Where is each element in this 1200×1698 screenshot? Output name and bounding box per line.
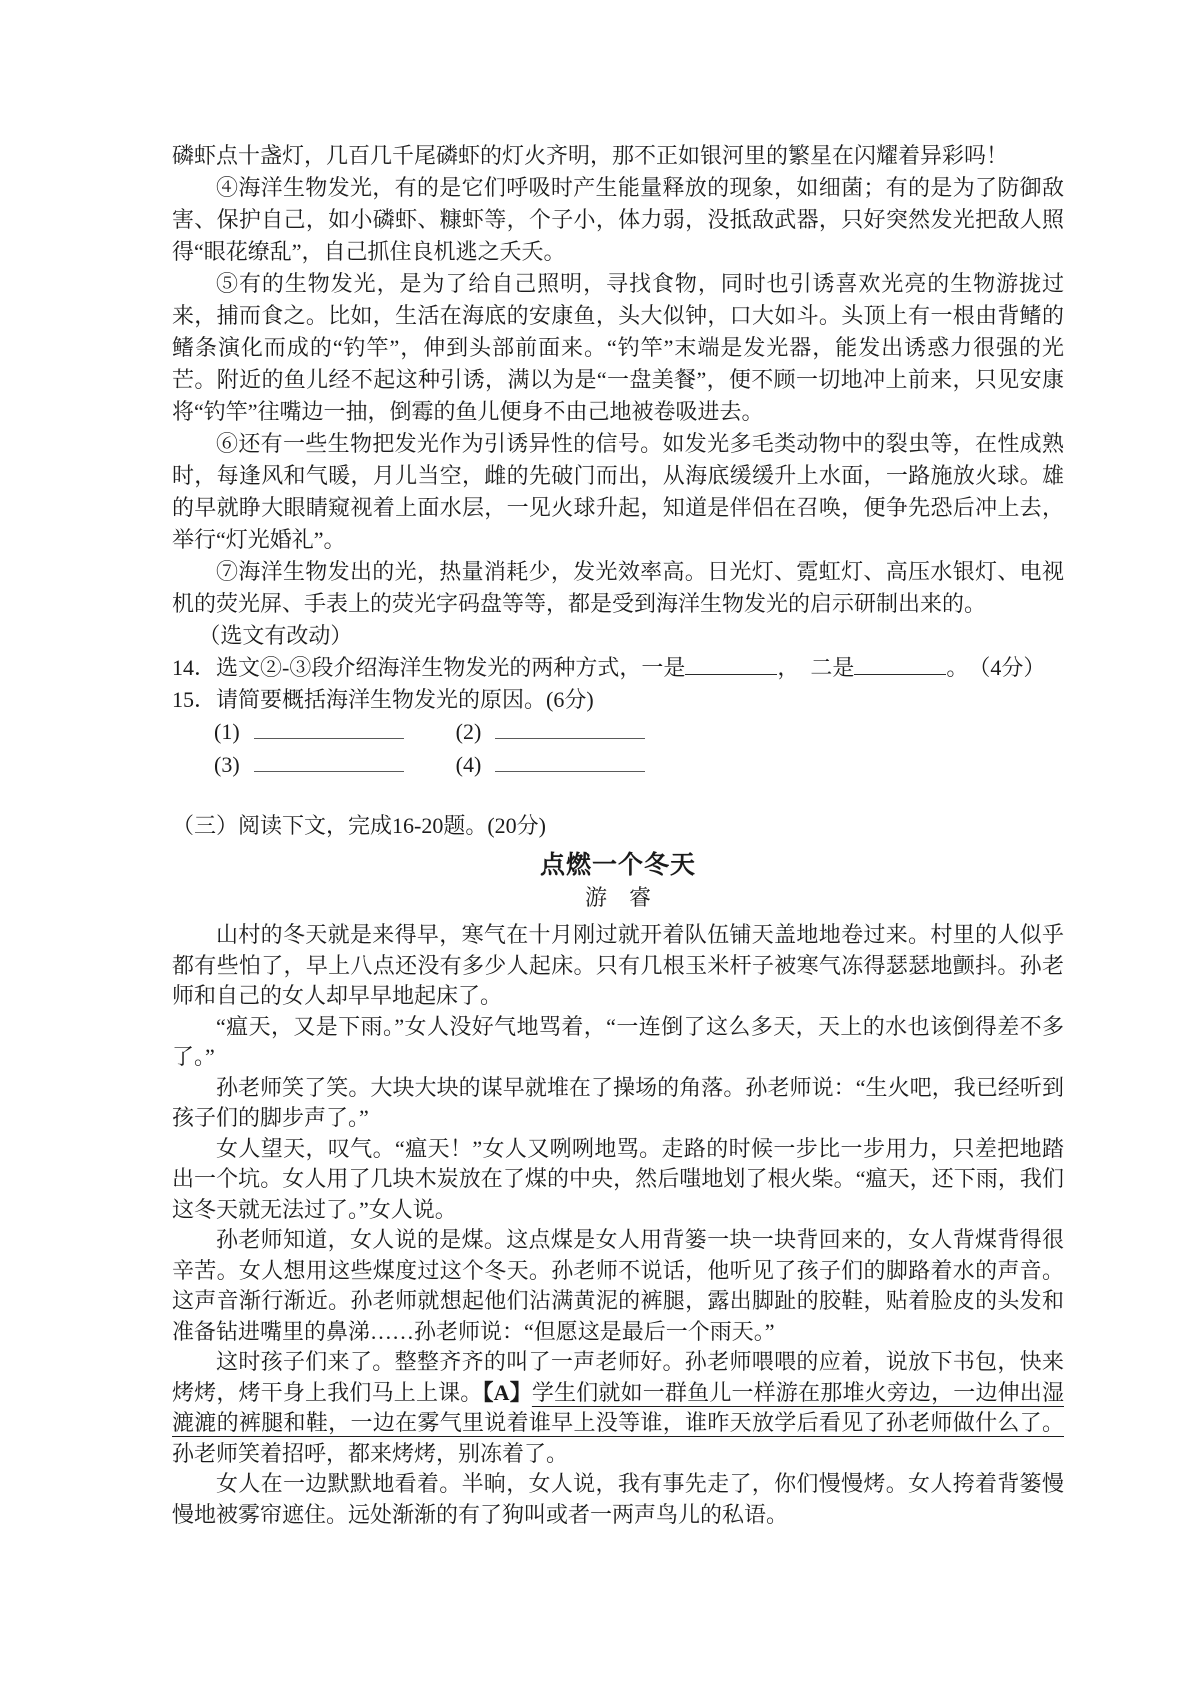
passage-source-note: （选文有改动） [172,620,1064,652]
answer-label-1: (1) [214,719,240,744]
story-paragraph-6-tail: 孙老师笑着招呼，都来烤烤，别冻着了。 [172,1441,568,1466]
exam-page: 磷虾点十盏灯，几百几千尾磷虾的灯火齐明，那不正如银河里的繁星在闪耀着异彩吗！ ④… [0,0,1200,1698]
answer-line-2 [495,722,645,739]
story-paragraph-2: “瘟天，又是下雨。”女人没好气地骂着，“一连倒了这么多天，天上的水也该倒得差不多… [172,1012,1064,1073]
story-title: 点燃一个冬天 [172,848,1064,882]
question-15: 15．请简要概括海洋生物发光的原因。(6分) [172,684,1064,716]
answer-row-2: (3)(4) [172,749,1064,782]
answer-row-1: (1)(2) [172,716,1064,749]
answer-label-3: (3) [214,752,240,777]
question-14-text: 14．选文②-③段介绍海洋生物发光的两种方式，一是 [172,655,685,680]
story-author: 游 睿 [172,882,1064,914]
story-paragraph-7: 女人在一边默默地看着。半晌，女人说，我有事先走了，你们慢慢烤。女人挎着背篓慢慢地… [172,1469,1064,1530]
answer-line-3 [254,755,404,772]
section-3-header: （三）阅读下文，完成16-20题。(20分) [172,810,1064,842]
story-paragraph-5: 孙老师知道，女人说的是煤。这点煤是女人用背篓一块一块背回来的，女人背煤背得很辛苦… [172,1225,1064,1347]
marker-a: 【A】 [482,1380,531,1405]
passage-paragraph-7: ⑦海洋生物发出的光，热量消耗少，发光效率高。日光灯、霓虹灯、高压水银灯、电视机的… [172,556,1064,620]
answer-label-2: (2) [456,719,482,744]
answer-line-1 [254,722,404,739]
page-content: 磷虾点十盏灯，几百几千尾磷虾的灯火齐明，那不正如银河里的繁星在闪耀着异彩吗！ ④… [172,140,1064,1530]
answer-line-4 [495,755,645,772]
story-paragraph-1: 山村的冬天就是来得早，寒气在十月刚过就开着队伍铺天盖地地卷过来。村里的人似乎都有… [172,920,1064,1012]
story-paragraph-3: 孙老师笑了笑。大块大块的谋早就堆在了操场的角落。孙老师说：“生火吧，我已经听到孩… [172,1073,1064,1134]
passage-paragraph-6: ⑥还有一些生物把发光作为引诱异性的信号。如发光多毛类动物中的裂虫等，在性成熟时，… [172,428,1064,556]
answer-label-4: (4) [456,752,482,777]
story-paragraph-4: 女人望天，叹气。“瘟天！”女人又咧咧地骂。走路的时候一步比一步用力，只差把地踏出… [172,1134,1064,1226]
question-14-suffix: 。 （4分） [946,655,1045,680]
question-14-mid: ， 二是 [777,655,854,680]
story-paragraph-6: 这时孩子们来了。整整齐齐的叫了一声老师好。孙老师喂喂的应着，说放下书包，快来烤烤… [172,1347,1064,1469]
passage-paragraph-3-continuation: 磷虾点十盏灯，几百几千尾磷虾的灯火齐明，那不正如银河里的繁星在闪耀着异彩吗！ [172,140,1064,172]
passage-paragraph-4: ④海洋生物发光，有的是它们呼吸时产生能量释放的现象，如细菌；有的是为了防御敌害、… [172,172,1064,268]
answer-blank-2 [854,656,946,675]
question-14: 14．选文②-③段介绍海洋生物发光的两种方式，一是， 二是。 （4分） [172,652,1064,684]
passage-paragraph-5: ⑤有的生物发光，是为了给自己照明，寻找食物，同时也引诱喜欢光亮的生物游拢过来，捕… [172,268,1064,428]
answer-blank-1 [685,656,777,675]
